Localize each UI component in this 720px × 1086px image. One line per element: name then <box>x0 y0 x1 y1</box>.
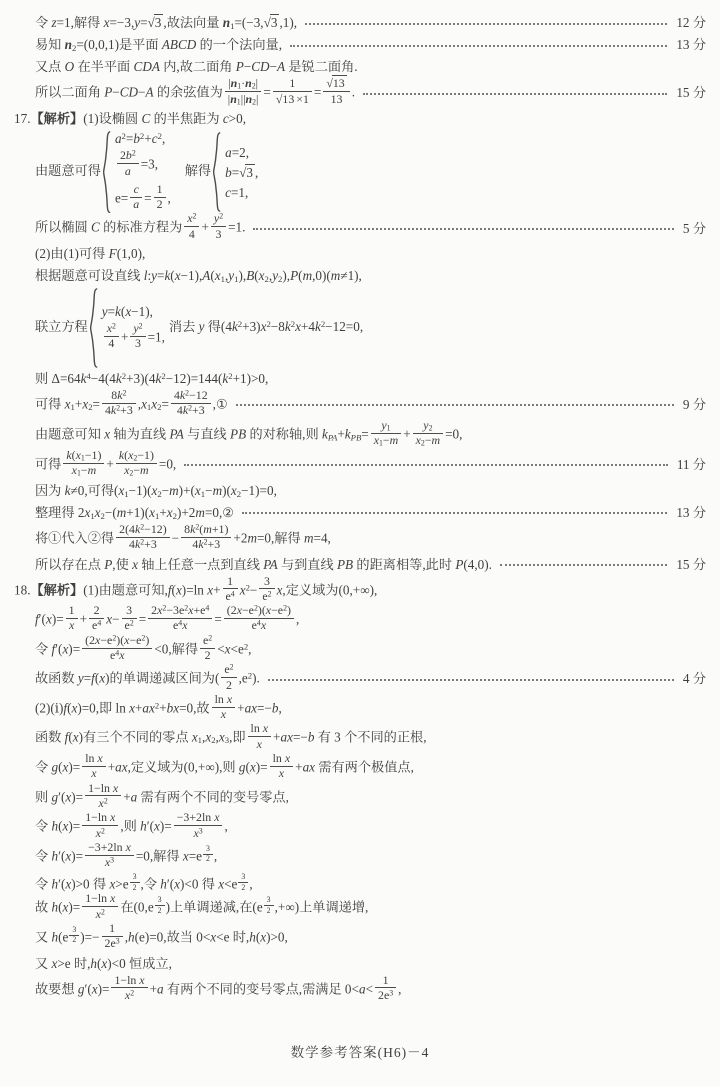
solution-line-22: 故函数 y=f(x)的单调递减区间为(e22,e2).4 分 <box>0 665 720 694</box>
fraction: y1x1−m <box>371 419 401 448</box>
fraction: 32 <box>69 926 79 946</box>
fraction: e22 <box>221 663 236 692</box>
subscript: 2 <box>278 274 282 284</box>
superscript: 2 <box>130 988 134 997</box>
fraction: −3+2ln xx3 <box>85 841 134 870</box>
superscript: 2 <box>122 131 126 141</box>
fraction: 32 <box>264 896 274 916</box>
fraction-numerator: 3 <box>264 896 274 906</box>
score-label: 13 分 <box>676 505 706 522</box>
solution-line-6: 由题意可得a2=b2+c2,2b2a=3,e=ca=12, 解得a=2,b=√3… <box>0 131 720 213</box>
fraction: 32 <box>155 896 165 916</box>
solution-line-10: 联立方程y=k(x−1),x24+y23=1,消去 y 得(4k2+3)x2−8… <box>0 288 720 368</box>
fraction: √1313 <box>323 77 349 106</box>
fraction-denominator: √13×1 <box>273 92 312 106</box>
page-footer: 数学参考答案(H6)－4 <box>0 1037 720 1076</box>
fraction-numerator: −3+2ln x <box>174 811 223 826</box>
superscript: 2 <box>155 700 159 710</box>
radical: √3 <box>239 164 255 180</box>
subscript: 2 <box>101 511 105 521</box>
solution-line-24: 函数 f(x)有三个不同的零点 x1,x2,x3,即ln xx+ax=−b 有 … <box>0 724 720 753</box>
dotted-leader <box>500 564 667 566</box>
subscript: 1 <box>379 439 383 448</box>
superscript: 2 <box>130 619 134 628</box>
fraction-denominator: e2 <box>122 619 137 633</box>
line-content: 又点 O 在半平面 CDA 内,故二面角 P−CD−A 是锐二面角. <box>35 59 358 76</box>
fraction-denominator: 3 <box>130 337 145 351</box>
fraction: 2x2−3e2x+e4e4x <box>148 604 212 633</box>
line-content: 17.【解析】(1)设椭圆 C 的半焦距为 c>0, <box>14 111 246 128</box>
fraction: y23 <box>211 212 226 241</box>
solution-line-21: 令 f′(x)=(2x−e2)(x−e2)e4x<0,解得e22<x<e2, <box>0 636 720 665</box>
solution-line-4: 所以二面角 P−CD−A 的余弦值为|n1·n2||n1||n2|=1√13×1… <box>0 79 720 108</box>
fraction-denominator: 2 <box>203 855 213 864</box>
fraction-denominator: 13 <box>323 92 349 106</box>
line-content: 根据题意可设直线 l:y=k(x−1),A(x1,y1),B(x2,y2),P(… <box>35 268 362 285</box>
fraction-numerator: c <box>130 183 142 198</box>
equation-row: x24+y23=1, <box>102 324 165 353</box>
superscript: 3 <box>116 937 120 946</box>
subscript: 2 <box>429 423 433 432</box>
dotted-leader <box>305 23 667 25</box>
score-label: 15 分 <box>676 557 706 574</box>
solution-line-18: 所以存在点 P,使 x 轴上任意一点到直线 PA 与到直线 PB 的距离相等,此… <box>0 555 720 576</box>
fraction-denominator: e4 <box>223 589 238 603</box>
vector-symbol: n <box>65 37 72 52</box>
score-label: 4 分 <box>683 671 706 688</box>
fraction-denominator: e2 <box>259 589 274 603</box>
fraction: 3e2 <box>122 604 137 633</box>
superscript: 2 <box>162 604 166 613</box>
equation-row: a=2, <box>225 145 258 160</box>
equation-system-rows: y=k(x−1),x24+y23=1, <box>102 304 165 353</box>
fraction: 4k2−124k2+3 <box>171 389 211 418</box>
fraction-numerator: 4k2−12 <box>171 389 211 404</box>
fraction-numerator: ln x <box>82 752 106 767</box>
superscript: 2 <box>140 538 144 547</box>
superscript: 2 <box>123 389 127 398</box>
fraction-numerator: k(x1−1) <box>63 449 104 464</box>
fraction-denominator: 4 <box>184 227 199 241</box>
fraction: 2(4k2−12)4k2+3 <box>116 523 170 552</box>
subscript: 1 <box>387 423 391 432</box>
radical: √13 <box>326 75 346 90</box>
fraction-denominator: x1−m <box>371 434 401 448</box>
superscript: 2 <box>266 319 270 329</box>
bold-label: 【解析】 <box>30 111 83 126</box>
fraction-numerator: e2 <box>200 634 215 649</box>
fraction: 1−ln xx2 <box>85 782 121 811</box>
fraction-numerator: 3 <box>69 926 79 936</box>
score-label: 15 分 <box>676 85 706 102</box>
solution-line-30: 故 h(x)=1−ln xx2在(0,e32)上单调递减,在(e32,+∞)上单… <box>0 894 720 923</box>
line-content: 18.【解析】(1)由题意可知,f(x)=ln x+1e4x2−3e2x,定义域… <box>14 577 377 606</box>
solution-line-32: 又 x>e 时,h(x)<0 恒成立, <box>0 954 720 975</box>
superscript: 32 <box>129 877 141 887</box>
equation-system: y=k(x−1),x24+y23=1, <box>90 288 165 368</box>
line-content: 函数 f(x)有三个不同的零点 x1,x2,x3,即ln xx+ax=−b 有 … <box>35 724 427 753</box>
solution-lines: 令 z=1,解得 x=−3,y=√3,故法向量 n1=(−3,√3,1),12 … <box>0 12 720 1037</box>
fraction-denominator: 4k2+3 <box>171 404 211 418</box>
superscript: 2 <box>248 671 252 681</box>
fraction-numerator: 1−ln x <box>82 892 118 907</box>
line-content: 令 g(x)=ln xx+ax,定义域为(0,+∞),则 g(x)=ln xx+… <box>35 754 414 783</box>
subscript: 2 <box>133 454 137 463</box>
line-content: 则 g′(x)=1−ln xx2+a 需有两个不同的变号零点, <box>35 784 289 813</box>
fraction-denominator: x2−m <box>116 464 157 478</box>
fraction-denominator: a <box>130 198 142 212</box>
vector-symbol: n <box>245 76 252 90</box>
line-content: 可得k(x1−1)x1−m+k(x2−1)x2−m=0, <box>35 451 176 480</box>
subscript: 1 <box>81 454 85 463</box>
fraction: 8k24k2+3 <box>102 389 136 418</box>
superscript: 2 <box>161 371 165 381</box>
subscript: 2 <box>237 489 241 499</box>
fraction-numerator: x2 <box>104 322 119 337</box>
radicand: 13 <box>281 91 296 106</box>
superscript: 2 <box>208 633 212 642</box>
fraction-numerator: 1−ln x <box>82 811 118 826</box>
fraction-numerator: |n1·n2| <box>225 77 262 92</box>
superscript: 32 <box>263 900 275 910</box>
fraction-numerator: 1 <box>102 922 123 937</box>
superscript: 2 <box>321 319 325 329</box>
subscript: 2 <box>157 489 161 499</box>
fraction-denominator: 2 <box>130 883 140 892</box>
fraction-numerator: 3 <box>259 575 274 590</box>
fraction-numerator: 3 <box>122 604 137 619</box>
line-content: 又 h(e32)=−12e3,h(e)=0,故当 0<x<e 时,h(x)>0, <box>35 924 288 953</box>
subscript: 1 <box>155 511 159 521</box>
fraction-numerator: 3 <box>130 873 140 883</box>
solution-line-28: 令 h′(x)=−3+2ln xx3=0,解得 x=e32, <box>0 843 720 872</box>
fraction-numerator: y1 <box>371 419 401 434</box>
equation-row: 2b2a=3, <box>115 151 171 180</box>
subscript: 1 <box>230 21 234 31</box>
solution-line-29: 令 h′(x)>0 得 x>e32,令 h′(x)<0 得 x<e32, <box>0 872 720 893</box>
subscript: PB <box>351 432 362 442</box>
radical-sign-icon: √ <box>326 76 332 90</box>
fraction-numerator: ln x <box>270 752 294 767</box>
subscript: 2 <box>157 402 161 412</box>
fraction: (2x−e2)(x−e2)e4x <box>224 604 294 633</box>
fraction: 2e4 <box>89 604 104 633</box>
subscript: 1 <box>237 97 241 106</box>
fraction-numerator: y2 <box>130 322 145 337</box>
vector-symbol: n <box>223 15 230 30</box>
equation-row: c=1, <box>225 185 258 200</box>
subscript: 1 <box>77 469 81 478</box>
fraction-denominator: 2 <box>238 883 248 892</box>
radical: √3 <box>148 14 164 30</box>
score-label: 12 分 <box>676 15 706 32</box>
fraction-numerator: e2 <box>221 663 236 678</box>
superscript: 2 <box>158 131 162 141</box>
fraction-denominator: 2 <box>264 906 274 915</box>
fraction-numerator: 2x2−3e2x+e4 <box>148 604 212 619</box>
fraction: 1−ln xx2 <box>82 811 118 840</box>
fraction-denominator: 2e3 <box>102 937 123 951</box>
radicand: 13 <box>332 75 347 90</box>
superscript: 2 <box>188 404 192 413</box>
superscript: 3 <box>110 856 114 865</box>
solution-line-31: 又 h(e32)=−12e3,h(e)=0,故当 0<x<e 时,h(x)>0, <box>0 924 720 953</box>
fraction-denominator: 3 <box>211 227 226 241</box>
solution-line-2: 易知 n2=(0,0,1)是平面 ABCD 的一个法向量,13 分 <box>0 35 720 56</box>
superscript: 2 <box>254 604 258 613</box>
fraction-denominator: e4x <box>224 619 294 633</box>
dotted-leader <box>242 512 667 514</box>
fraction-numerator: 2 <box>89 604 104 619</box>
subscript: PA <box>328 432 338 442</box>
equation-system: a=2,b=√3,c=1, <box>213 132 258 212</box>
fraction: 32 <box>203 845 213 865</box>
superscript: 2 <box>268 589 272 598</box>
fraction-denominator: x2 <box>82 907 118 921</box>
fraction-numerator: 2b2 <box>117 149 139 164</box>
fraction: ca <box>130 183 142 212</box>
solution-line-16: 整理得 2x1x2−(m+1)(x1+x2)+2m=0,②13 分 <box>0 503 720 524</box>
brace-icon <box>213 132 221 212</box>
radical-sign-icon: √ <box>264 15 270 30</box>
radical-sign-icon: √ <box>148 15 154 30</box>
score-label: 9 分 <box>683 397 706 414</box>
fraction: 1e4 <box>223 575 238 604</box>
line-content: 所以存在点 P,使 x 轴上任意一点到直线 PA 与到直线 PB 的距离相等,此… <box>35 557 492 574</box>
fraction: 2b2a <box>117 149 139 178</box>
radical: √3 <box>264 14 280 30</box>
fraction: (2x−e2)(x−e2)e4x <box>82 634 152 663</box>
fraction-denominator: x2 <box>82 826 118 840</box>
radical: √13 <box>276 91 296 106</box>
superscript: 2 <box>139 321 143 330</box>
superscript: 2 <box>228 371 232 381</box>
line-content: f′(x)=1x+2e4x−3e2=2x2−3e2x+e4e4x=(2x−e2)… <box>35 606 299 635</box>
line-content: 易知 n2=(0,0,1)是平面 ABCD 的一个法向量, <box>35 37 282 54</box>
equation-row: y=k(x−1), <box>102 304 165 319</box>
fraction-denominator: x2 <box>85 796 121 810</box>
line-content: 故要想 g′(x)=1−ln xx2+a 有两个不同的变号零点,需满足 0<a<… <box>35 976 401 1005</box>
line-content: (2)(ⅰ)f(x)=0,即 ln x+ax2+bx=0,故ln xx+ax=−… <box>35 695 282 724</box>
fraction-denominator: 4k2+3 <box>181 538 231 552</box>
fraction-numerator: −3+2ln x <box>85 841 134 856</box>
equation-system-rows: a2=b2+c2,2b2a=3,e=ca=12, <box>115 131 171 213</box>
score-label: 11 分 <box>677 457 706 474</box>
dotted-leader <box>363 93 667 95</box>
fraction: 1√13×1 <box>273 77 312 106</box>
superscript: 3 <box>199 826 203 835</box>
fraction-numerator: 8k2(m+1) <box>181 523 231 538</box>
fraction-numerator: k(x2−1) <box>116 449 157 464</box>
solution-line-12: 可得 x1+x2=8k24k2+3,x1x2=4k2−124k2+3,①9 分 <box>0 391 720 420</box>
equation-row: b=√3, <box>225 165 258 180</box>
fraction-numerator: ln x <box>248 722 272 737</box>
superscript: 2 <box>101 826 105 835</box>
superscript: 2 <box>132 149 136 158</box>
superscript: 3 <box>389 988 393 997</box>
line-content: 联立方程y=k(x−1),x24+y23=1,消去 y 得(4k2+3)x2−8… <box>35 288 363 368</box>
solution-line-15: 因为 k≠0,可得(x1−1)(x2−m)+(x1−m)(x2−1)=0, <box>0 481 720 502</box>
fraction-numerator: 1 <box>66 604 78 619</box>
fraction-denominator: 4k2+3 <box>116 538 170 552</box>
fraction-numerator: 3 <box>203 845 213 855</box>
superscript: 2 <box>219 212 223 221</box>
fraction: 12 <box>154 183 166 212</box>
superscript: 2 <box>122 371 126 381</box>
fraction-denominator: x <box>82 767 106 781</box>
fraction-numerator: 3 <box>238 873 248 883</box>
fraction-denominator: x <box>248 737 272 751</box>
fraction: k(x1−1)x1−m <box>63 449 104 478</box>
superscript: 4 <box>97 619 101 628</box>
subscript: 2 <box>211 736 215 746</box>
subscript: 2 <box>265 274 269 284</box>
subscript: 1 <box>71 402 75 412</box>
fraction: y2x2−m <box>413 419 443 448</box>
fraction: 1−ln xx2 <box>82 892 118 921</box>
score-label: 5 分 <box>683 221 706 238</box>
line-content: (2)由(1)可得 F(1,0), <box>35 246 145 263</box>
dotted-leader <box>268 679 674 681</box>
subscript: 2 <box>421 439 425 448</box>
fraction-numerator: (2x−e2)(x−e2) <box>224 604 294 619</box>
fraction-denominator: 2 <box>200 649 215 663</box>
fraction-denominator: 2 <box>221 678 236 692</box>
dotted-leader <box>290 45 667 47</box>
superscript: 2 <box>185 389 189 398</box>
line-content: 故 h(x)=1−ln xx2在(0,e32)上单调递减,在(e32,+∞)上单… <box>35 894 368 923</box>
fraction-denominator: 4k2+3 <box>102 404 136 418</box>
equation-row: e=ca=12, <box>115 185 171 214</box>
solution-line-20: f′(x)=1x+2e4x−3e2=2x2−3e2x+e4e4x=(2x−e2)… <box>0 606 720 635</box>
line-content: 令 h′(x)=−3+2ln xx3=0,解得 x=e32, <box>35 843 217 872</box>
fraction: 8k2(m+1)4k2+3 <box>181 523 231 552</box>
line-content: 由题意可知 x 轴为直线 PA 与直线 PB 的对称轴,则 kPA+kPB=y1… <box>35 421 462 450</box>
superscript: 2 <box>104 796 108 805</box>
superscript: 2 <box>101 907 105 916</box>
fraction-denominator: x1−m <box>63 464 104 478</box>
fraction: 32 <box>238 873 248 893</box>
brace-icon <box>103 131 111 213</box>
solution-line-17: 将①代入②得2(4k2−12)4k2+3−8k2(m+1)4k2+3+2m=0,… <box>0 525 720 554</box>
fraction-numerator: ln x <box>212 693 236 708</box>
superscript: 2 <box>193 212 197 221</box>
fraction-denominator: 2 <box>69 936 79 945</box>
answer-sheet-page: 令 z=1,解得 x=−3,y=√3,故法向量 n1=(−3,√3,1),12 … <box>0 0 720 1086</box>
fraction-numerator: y2 <box>211 212 226 227</box>
line-content: 令 z=1,解得 x=−3,y=√3,故法向量 n1=(−3,√3,1), <box>35 15 297 32</box>
solution-line-13: 由题意可知 x 轴为直线 PA 与直线 PB 的对称轴,则 kPA+kPB=y1… <box>0 421 720 450</box>
superscript: 2 <box>195 522 199 531</box>
equation-system: a2=b2+c2,2b2a=3,e=ca=12, <box>103 131 171 213</box>
solution-line-7: 所以椭圆 C 的标准方程为x24+y23=1.5 分 <box>0 214 720 243</box>
dotted-leader <box>236 404 674 406</box>
fraction-numerator: (2x−e2)(x−e2) <box>82 634 152 649</box>
fraction: −3+2ln xx3 <box>174 811 223 840</box>
fraction-denominator: x3 <box>174 826 223 840</box>
subscript: 1 <box>237 82 241 91</box>
fraction: 12e3 <box>102 922 123 951</box>
superscript: 2 <box>283 604 287 613</box>
solution-line-19: 18.【解析】(1)由题意可知,f(x)=ln x+1e4x2−3e2x,定义域… <box>0 577 720 606</box>
line-content: 令 h′(x)>0 得 x>e32,令 h′(x)<0 得 x<e32, <box>35 873 253 893</box>
solution-line-9: 根据题意可设直线 l:y=k(x−1),A(x1,y1),B(x2,y2),P(… <box>0 266 720 287</box>
subscript: 2 <box>173 511 177 521</box>
subscript: 2 <box>129 469 133 478</box>
superscript: 32 <box>202 848 214 858</box>
fraction: ln xx <box>82 752 106 781</box>
dotted-leader <box>253 228 673 230</box>
fraction-denominator: 2 <box>155 906 165 915</box>
fraction: 32 <box>130 873 140 893</box>
fraction: e22 <box>200 634 215 663</box>
superscript: 32 <box>154 900 166 910</box>
fraction-numerator: 2(4k2−12) <box>116 523 170 538</box>
fraction-numerator: 8k2 <box>102 389 136 404</box>
fraction: 3e2 <box>259 575 274 604</box>
superscript: 2 <box>112 633 116 642</box>
superscript: 2 <box>246 582 250 592</box>
superscript: 4 <box>86 371 90 381</box>
superscript: 2 <box>140 131 144 141</box>
fraction-denominator: x <box>66 619 78 633</box>
line-content: 又 x>e 时,h(x)<0 恒成立, <box>35 956 172 973</box>
line-content: 令 h(x)=1−ln xx2,则 h′(x)=−3+2ln xx3, <box>35 813 228 842</box>
fraction-denominator: 2 <box>154 198 166 212</box>
fraction-denominator: x3 <box>85 856 134 870</box>
solution-line-23: (2)(ⅰ)f(x)=0,即 ln x+ax2+bx=0,故ln xx+ax=−… <box>0 695 720 724</box>
fraction: x24 <box>104 322 119 351</box>
radical-sign-icon: √ <box>276 92 282 106</box>
fraction-numerator: 1−ln x <box>85 782 121 797</box>
score-label: 13 分 <box>676 37 706 54</box>
subscript: 2 <box>252 82 256 91</box>
subscript: 1 <box>234 274 238 284</box>
fraction-numerator: 3 <box>155 896 165 906</box>
line-content: 则 Δ=64k4−4(4k2+3)(4k2−12)=144(k2+1)>0, <box>35 371 268 388</box>
superscript: 32 <box>68 929 80 939</box>
superscript: 2 <box>112 321 116 330</box>
superscript: 2 <box>141 633 145 642</box>
fraction: 1−ln xx2 <box>111 974 147 1003</box>
fraction: ln xx <box>270 752 294 781</box>
fraction-numerator: x2 <box>184 212 199 227</box>
fraction-denominator: e4x <box>82 649 152 663</box>
solution-line-5: 17.【解析】(1)设椭圆 C 的半焦距为 c>0, <box>0 109 720 130</box>
radicand: 3 <box>245 164 255 180</box>
line-content: 所以二面角 P−CD−A 的余弦值为|n1·n2||n1||n2|=1√13×1… <box>35 79 355 108</box>
superscript: 4 <box>205 604 209 613</box>
fraction: y23 <box>130 322 145 351</box>
subscript: 2 <box>72 43 76 53</box>
fraction: x24 <box>184 212 199 241</box>
fraction-denominator: x <box>270 767 294 781</box>
superscript: 2 <box>238 319 242 329</box>
fraction-numerator: y2 <box>413 419 443 434</box>
subscript: 1 <box>198 736 202 746</box>
line-content: 由题意可得a2=b2+c2,2b2a=3,e=ca=12, 解得a=2,b=√3… <box>35 131 262 213</box>
line-content: 故函数 y=f(x)的单调递减区间为(e22,e2). <box>35 665 260 694</box>
subscript: 1 <box>201 489 205 499</box>
superscript: 4 <box>231 589 235 598</box>
brace-icon <box>90 288 98 368</box>
fraction: k(x2−1)x2−m <box>116 449 157 478</box>
dotted-leader <box>184 464 668 466</box>
solution-line-11: 则 Δ=64k4−4(4k2+3)(4k2−12)=144(k2+1)>0, <box>0 369 720 390</box>
subscript: 2 <box>88 402 92 412</box>
fraction: ln xx <box>248 722 272 751</box>
solution-line-8: (2)由(1)可得 F(1,0), <box>0 244 720 265</box>
